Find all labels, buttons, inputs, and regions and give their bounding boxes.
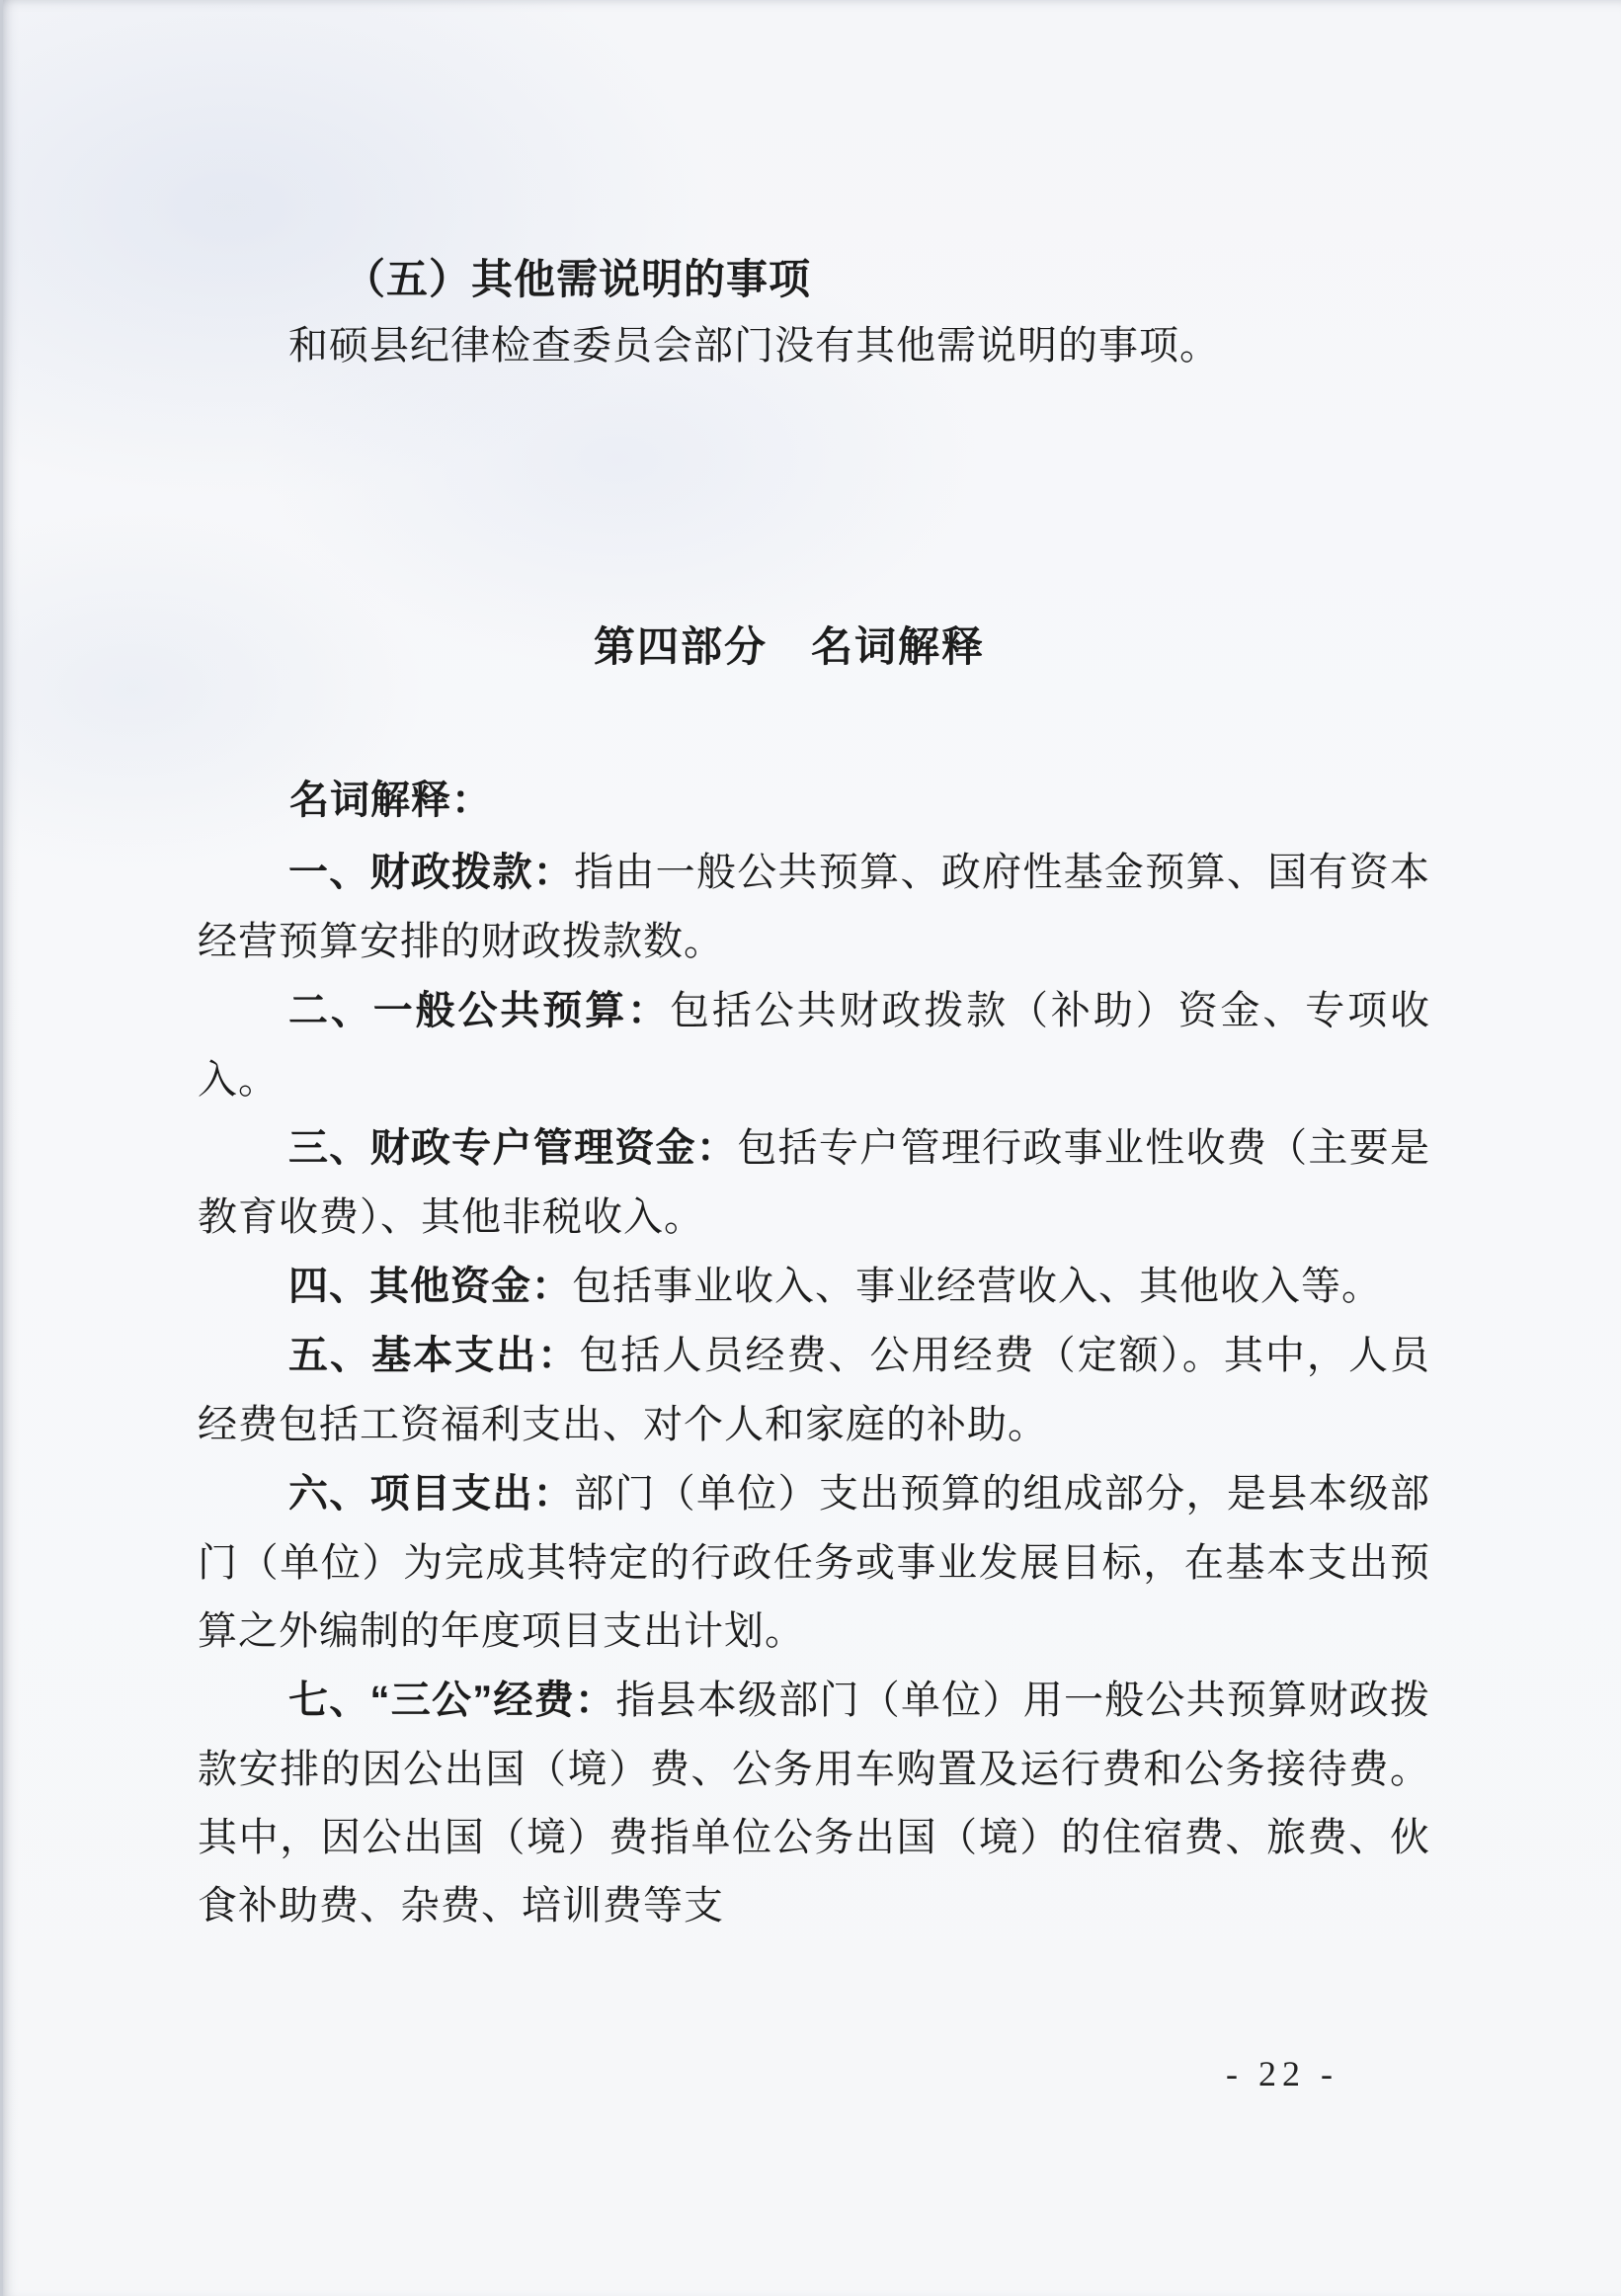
glossary-item-4: 四、其他资金：包括事业收入、事业经营收入、其他收入等。 bbox=[198, 1252, 1430, 1321]
glossary-term-1: 一、财政拨款： bbox=[288, 851, 574, 894]
glossary-term-4: 四、其他资金： bbox=[288, 1265, 572, 1308]
glossary-item-2: 二、一般公共预算：包括公共财政拨款（补助）资金、专项收入。 bbox=[198, 976, 1430, 1114]
glossary-term-2: 二、一般公共预算： bbox=[288, 989, 670, 1032]
glossary-item-5: 五、基本支出：包括人员经费、公用经费（定额）。其中，人员经费包括工资福利支出、对… bbox=[198, 1321, 1430, 1459]
glossary-label: 名词解释： bbox=[289, 769, 492, 825]
glossary-term-6: 六、项目支出： bbox=[288, 1472, 574, 1516]
part-4-title: 第四部分 名词解释 bbox=[594, 615, 985, 674]
glossary-item-7: 七、“三公”经费：指县本级部门（单位）用一般公共预算财政拨款安排的因公出国（境）… bbox=[198, 1666, 1430, 1940]
page-number: - 22 - bbox=[1226, 2053, 1338, 2094]
glossary-term-7: 七、“三公”经费： bbox=[288, 1679, 615, 1722]
glossary-definition-4: 包括事业收入、事业经营收入、其他收入等。 bbox=[572, 1264, 1382, 1308]
glossary-term-5: 五、基本支出： bbox=[288, 1334, 579, 1377]
section-5-heading: （五）其他需说明的事项 bbox=[344, 247, 811, 306]
glossary-item-3: 三、财政专户管理资金：包括专户管理行政事业性收费（主要是教育收费）、其他非税收入… bbox=[198, 1113, 1430, 1252]
glossary-item-1: 一、财政拨款：指由一般公共预算、政府性基金预算、国有资本经营预算安排的财政拨款数… bbox=[198, 838, 1430, 976]
glossary-item-6: 六、项目支出：部门（单位）支出预算的组成部分，是县本级部门（单位）为完成其特定的… bbox=[198, 1459, 1430, 1666]
glossary-body: 一、财政拨款：指由一般公共预算、政府性基金预算、国有资本经营预算安排的财政拨款数… bbox=[198, 838, 1430, 1940]
glossary-term-3: 三、财政专户管理资金： bbox=[288, 1126, 737, 1170]
scanned-document-page: （五）其他需说明的事项 和硕县纪律检查委员会部门没有其他需说明的事项。 第四部分… bbox=[0, 0, 1621, 2296]
section-5-paragraph: 和硕县纪律检查委员会部门没有其他需说明的事项。 bbox=[198, 311, 1430, 379]
